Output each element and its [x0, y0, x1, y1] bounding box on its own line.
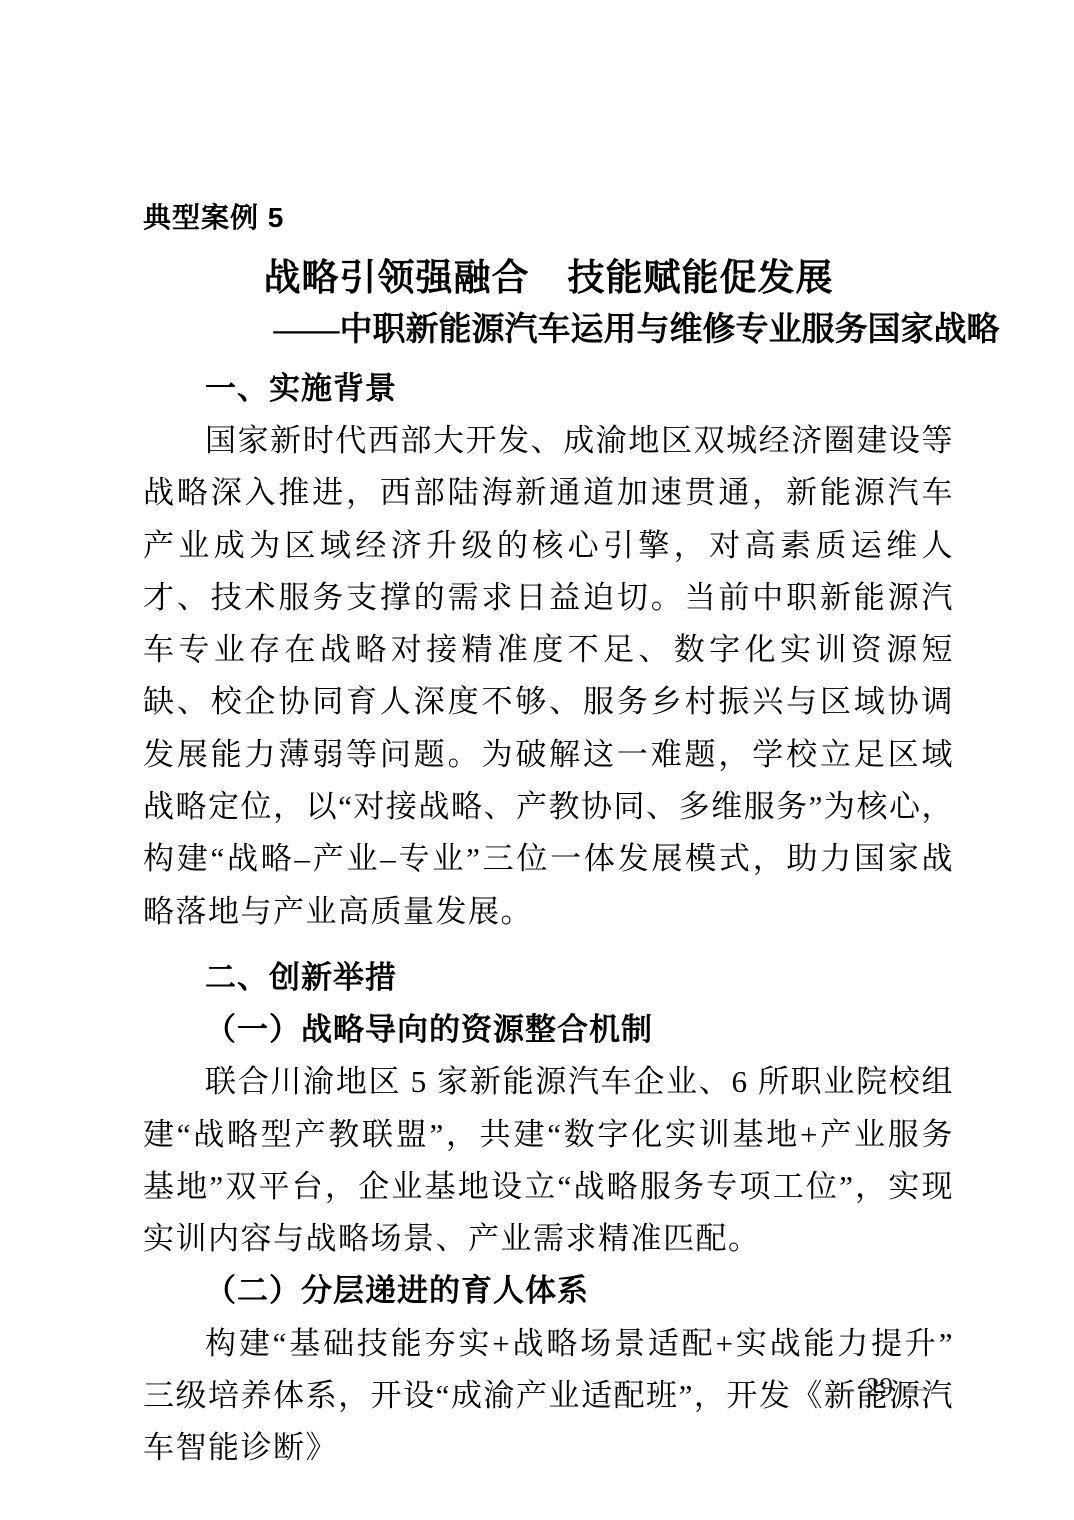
page-number-dash-left: —: [815, 1372, 866, 1402]
page-number-dash-right: —: [893, 1372, 944, 1402]
paragraph-resource-integration: 联合川渝地区 5 家新能源汽车企业、6 所职业院校组建“战略型产教联盟”，共建“…: [143, 1056, 954, 1265]
paragraph-background: 国家新时代西部大开发、成渝地区双城经济圈建设等战略深入推进，西部陆海新通道加速贯…: [143, 415, 954, 938]
doc-title: 战略引领强融合 技能赋能促发展: [143, 259, 954, 299]
doc-subtitle: ——中职新能源汽车运用与维修专业服务国家战略: [231, 311, 1042, 349]
subsection-heading-education-system: （二）分层递进的育人体系: [143, 1265, 954, 1317]
document-page: 典型案例 5 战略引领强融合 技能赋能促发展 ——中职新能源汽车运用与维修专业服…: [0, 0, 1074, 1520]
page-number: —29—: [815, 1372, 944, 1402]
section-heading-implementation-background: 一、实施背景: [143, 363, 954, 415]
doc-label: 典型案例 5: [143, 203, 954, 233]
page-number-value: 29: [866, 1372, 893, 1402]
section-heading-innovative-measures: 二、创新举措: [143, 952, 954, 1004]
subsection-heading-resource-integration: （一）战略导向的资源整合机制: [143, 1004, 954, 1056]
